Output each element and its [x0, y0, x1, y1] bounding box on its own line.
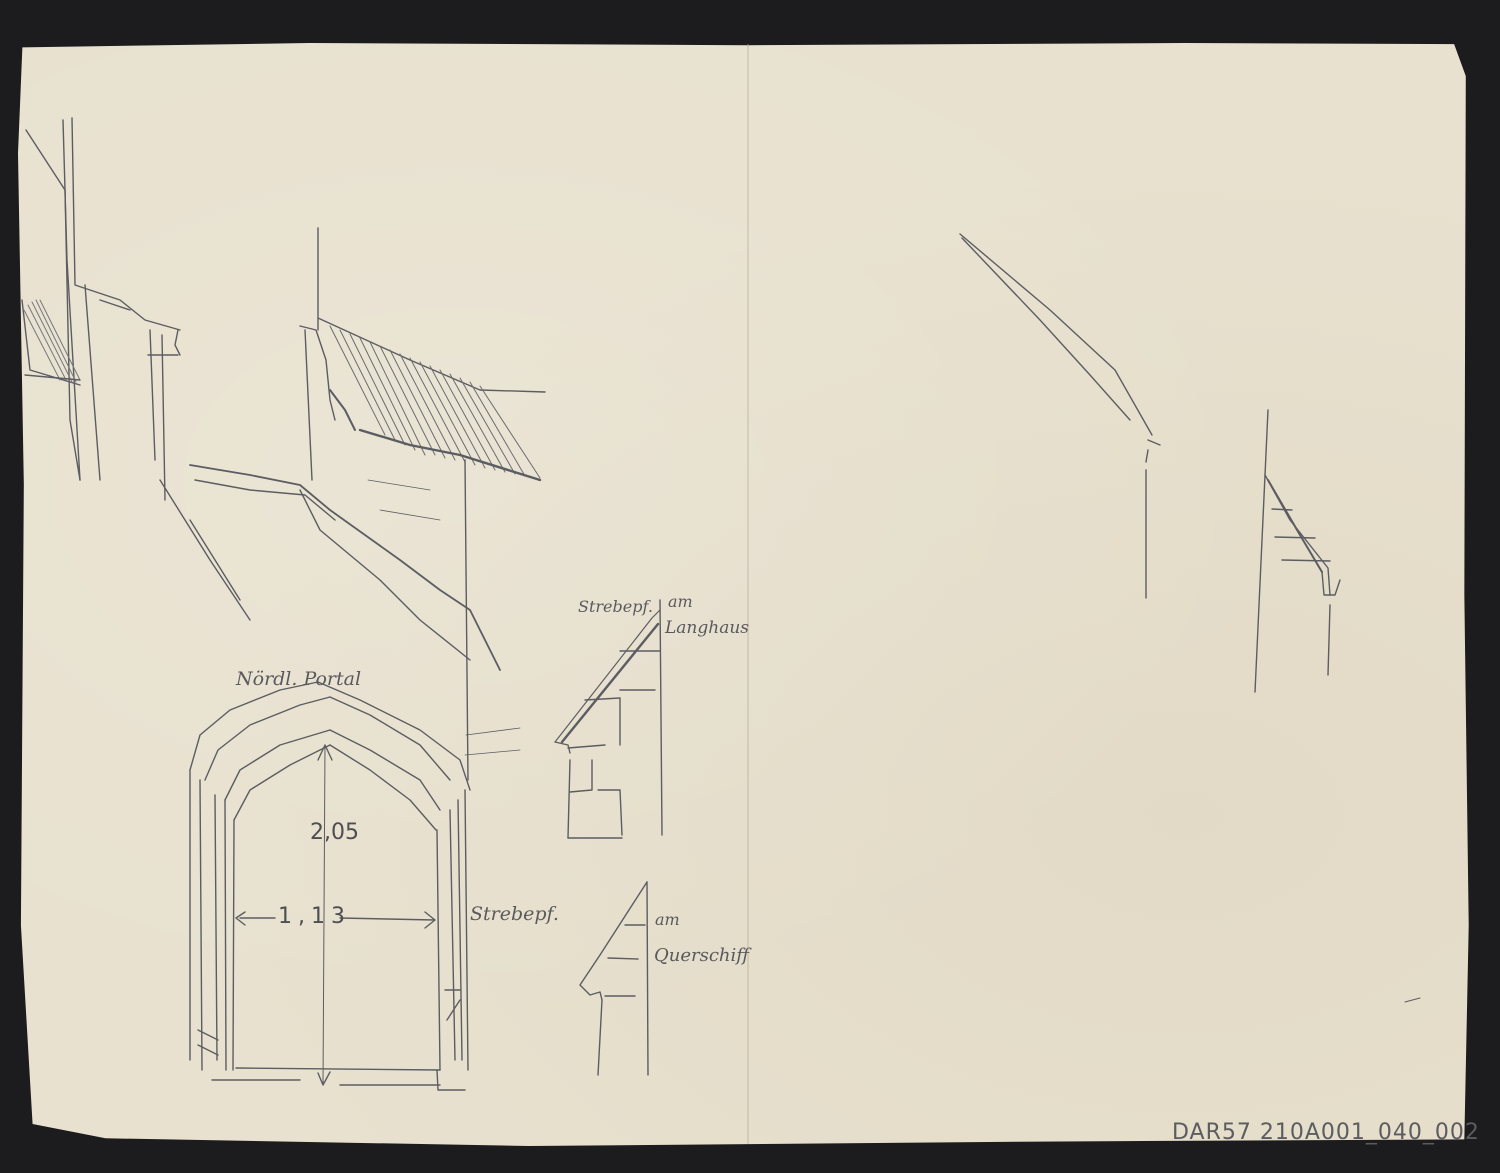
querschiff-label: Querschiff [654, 945, 749, 966]
am-label-1: am [668, 592, 693, 611]
strebepfeiler-label: Strebepf. [578, 597, 653, 616]
am-label-2: am [655, 910, 680, 929]
portal-width-dimension: 1,13 [278, 904, 351, 929]
right-gable-sketch [960, 234, 1340, 692]
portal-height-dimension: 2,05 [310, 820, 359, 845]
buttress-langhaus-sketch [555, 600, 662, 838]
buttress-label: Strebepf. [470, 903, 559, 925]
north-portal-sketch [190, 682, 520, 1090]
portal-label: Nördl. Portal [236, 668, 361, 690]
pencil-sketch [0, 0, 1500, 1173]
accession-number: DAR57 210A001_040_002 [1172, 1120, 1480, 1145]
left-building-sketch [22, 118, 180, 500]
langhaus-label: Langhaus [665, 618, 749, 638]
buttress-querschiff-sketch [580, 882, 648, 1075]
